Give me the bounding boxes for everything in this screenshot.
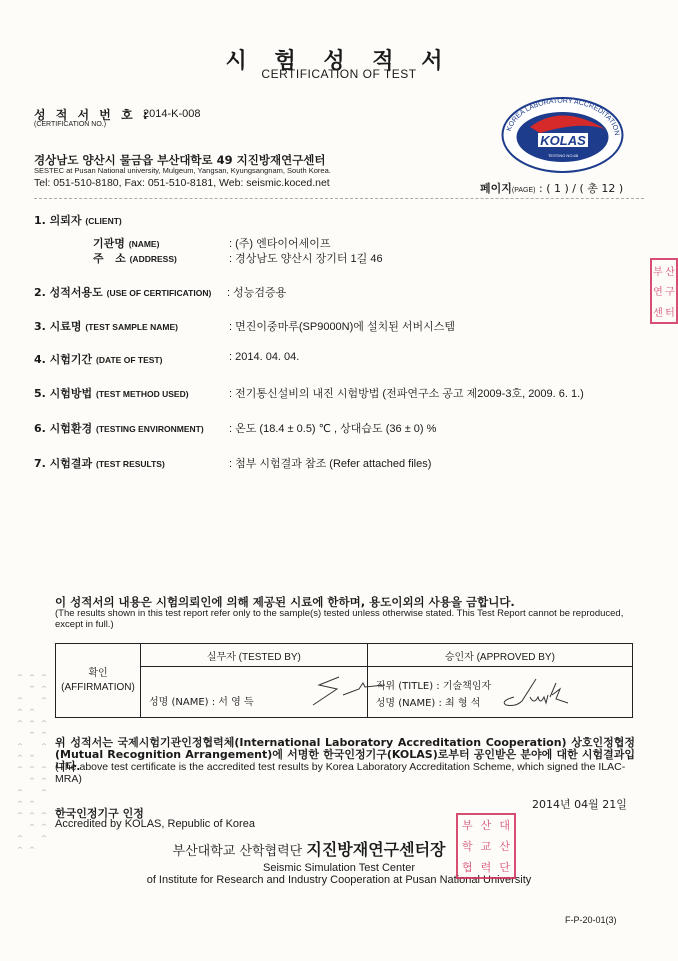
seal-char: 교 (477, 838, 496, 854)
issuer-contact: Tel: 051-510-8180, Fax: 051-510-8181, We… (34, 177, 330, 189)
item-sample-label: 3. 시료명 (TEST SAMPLE NAME) (34, 318, 178, 334)
mra-statement-en: (The above test certificate is the accre… (55, 761, 635, 785)
item-method-label: 5. 시험방법 (TEST METHOD USED) (34, 385, 189, 401)
seal-char: 터 (664, 304, 676, 319)
seal-char: 단 (495, 859, 514, 875)
seal-char: 산 (664, 263, 676, 278)
page-label: 페이지 (480, 182, 512, 195)
issuing-center-ko: 부산대학교 산학협력단 지진방재연구센터장 (0, 837, 678, 860)
side-seal-icon: 부산연구센터 (650, 258, 678, 324)
issuing-center-en-1: Seismic Simulation Test Center (0, 862, 678, 874)
form-number: F-P-20-01(3) (565, 915, 617, 925)
item-results-label: 7. 시험결과 (TEST RESULTS) (34, 455, 165, 471)
affirmation-label-ko: 확인 (56, 667, 140, 681)
issue-date: 2014년 04월 21일 (532, 796, 627, 812)
client-address-value: : 경상남도 양산시 장기터 1길 46 (229, 250, 383, 266)
seal-char: 산 (495, 838, 514, 854)
certificate-number-label-en: (CERTIFICATION NO.) (34, 121, 106, 128)
tested-by-header: 실무자 (TESTED BY) (141, 644, 368, 667)
seal-char: 협 (458, 859, 477, 875)
official-seal-icon: 부산대학교산협력단 (456, 813, 516, 879)
issuing-center-name: 지진방재연구센터장 (306, 840, 445, 859)
issuer-address-en: SESTEC at Pusan National university, Mul… (34, 166, 331, 175)
approved-by-title: 직위 (TITLE) : 기술책임자 (376, 677, 491, 692)
svg-text:KOLAS: KOLAS (540, 133, 586, 148)
item-date-value: : 2014. 04. 04. (229, 351, 299, 363)
margin-marks (14, 670, 50, 860)
seal-char: 연 (652, 283, 664, 298)
client-name-value: : (주) 엔타이어세이프 (229, 235, 331, 251)
item-results-value: : 첨부 시험결과 참조 (Refer attached files) (229, 455, 431, 471)
seal-char: 센 (652, 304, 664, 319)
item-environment-value: : 온도 (18.4 ± 0.5) ℃ , 상대습도 (36 ± 0) % (229, 420, 436, 436)
seal-char: 구 (664, 283, 676, 298)
approved-by-name: 성명 (NAME) : 최 형 석 (376, 694, 481, 709)
item-method-value: : 전기통신설비의 내진 시험방법 (전파연구소 공고 제2009-3호, 20… (229, 385, 584, 401)
tested-by-cell: 성명 (NAME) : 서 영 득 (141, 667, 368, 718)
certificate-number: 2014-K-008 (143, 108, 201, 120)
item-date-label: 4. 시험기간 (DATE OF TEST) (34, 351, 162, 367)
item-client-label: 1. 의뢰자 (CLIENT) (34, 212, 122, 228)
seal-char: 부 (458, 817, 477, 833)
page-label-en: (PAGE) (512, 187, 536, 194)
page-indicator: 페이지(PAGE) : ( 1 ) / ( 총 12 ) (480, 180, 623, 196)
seal-char: 부 (652, 263, 664, 278)
affirmation-table: 확인 (AFFIRMATION) 실무자 (TESTED BY) 승인자 (AP… (55, 643, 633, 718)
issuing-center-en-2: of Institute for Research and Industry C… (0, 874, 678, 886)
approved-by-header: 승인자 (APPROVED BY) (367, 644, 632, 667)
item-environment-label: 6. 시험환경 (TESTING ENVIRONMENT) (34, 420, 204, 436)
item-use-value: : 성능검증용 (227, 284, 286, 300)
seal-char: 학 (458, 838, 477, 854)
document-title-en: CERTIFICATION OF TEST (0, 67, 678, 81)
page-value: : ( 1 ) / ( 총 12 ) (539, 182, 623, 195)
seal-char: 산 (477, 817, 496, 833)
notice-en: (The results shown in this test report r… (55, 608, 635, 630)
approved-by-cell: 직위 (TITLE) : 기술책임자 성명 (NAME) : 최 형 석 (367, 667, 632, 718)
header-divider (34, 198, 644, 199)
kolas-accredited-en: Accredited by KOLAS, Republic of Korea (55, 818, 255, 830)
item-sample-value: : 면진이중마루(SP9000N)에 설치된 서버시스템 (229, 318, 455, 334)
issuing-center-prefix: 부산대학교 산학협력단 (173, 844, 307, 859)
kolas-logo-icon: KOREA LABORATORY ACCREDITATION SCHEME KO… (500, 93, 625, 173)
affirmation-label: 확인 (AFFIRMATION) (56, 644, 141, 718)
approver-signature-icon (496, 675, 576, 711)
svg-text:TESTING NO.68: TESTING NO.68 (548, 153, 579, 158)
client-address-label: 주 소 (ADDRESS) (93, 250, 177, 266)
tested-by-name: 성명 (NAME) : 서 영 득 (149, 693, 254, 708)
affirmation-label-en: (AFFIRMATION) (56, 681, 140, 695)
seal-char: 력 (477, 859, 496, 875)
seal-char: 대 (495, 817, 514, 833)
item-use-label: 2. 성적서용도 (USE OF CERTIFICATION) (34, 284, 211, 300)
client-name-label: 기관명 (NAME) (93, 235, 159, 251)
